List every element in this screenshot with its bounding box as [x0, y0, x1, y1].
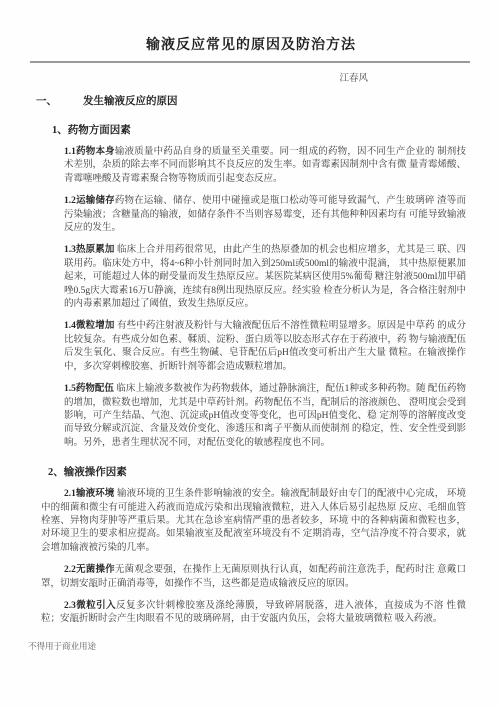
document-page: 输液反应常见的原因及防治方法 江春风 一、发生输液反应的原因 1、药物方面因素 … [0, 0, 500, 707]
paragraph-1-1-text: 输液质量中药品自身的质量至关重要。同一组成的药物，因不同生产企业的 制剂技术差别… [64, 147, 466, 184]
subsection-heading-drug-factors: 1、药物方面因素 [52, 122, 466, 137]
section-drug-factors: 1、药物方面因素 1.1药物本身输液质量中药品自身的质量至关重要。同一组成的药物… [36, 122, 466, 450]
paragraph-1-4-lead: 1.4微粒增加 [64, 321, 115, 331]
paragraph-1-2-lead: 1.2运输储存 [64, 196, 115, 206]
paragraph-1-5-lead: 1.5药物配伍 [64, 384, 114, 394]
paragraph-1-3: 1.3热原累加 临床上合并用药很常见，由此产生的热原叠加的机会也相应增多，尤其是… [64, 244, 466, 311]
paragraph-1-3-text: 临床上合并用药很常见，由此产生的热原叠加的机会也相应增多，尤其是三 联、四联用药… [64, 245, 466, 309]
subsection-heading-operation-factors: 2、输液操作因素 [48, 464, 466, 479]
paragraph-1-4-text: 有些中药注射液及粉针与大输液配伍后不溶性微粒明显增多。原因是中草药 的成分比较复… [64, 321, 466, 371]
paragraph-1-4: 1.4微粒增加 有些中药注射液及粉针与大输液配伍后不溶性微粒明显增多。原因是中草… [64, 320, 466, 374]
page-title: 输液反应常见的原因及防治方法 [36, 34, 466, 54]
paragraph-1-2-text: 药物在运输、储存、使用中碰撞或是瓶口松动等可能导致漏气、产生玻璃碎 渣等而污染输… [64, 196, 466, 233]
paragraph-2-3-lead: 2.3微粒引入 [64, 601, 116, 611]
paragraph-1-1-lead: 1.1药物本身 [64, 147, 115, 157]
paragraph-1-1: 1.1药物本身输液质量中药品自身的质量至关重要。同一组成的药物，因不同生产企业的… [64, 146, 466, 186]
paragraph-1-3-lead: 1.3热原累加 [64, 245, 115, 255]
footer-disclaimer: 不得用于商业用途 [28, 640, 466, 652]
paragraph-2-2: 2.2无菌操作无菌观念要强，在操作上无菌原则执行认真，如配药前注意洗手，配药时注… [41, 564, 466, 591]
paragraph-1-5-text: 临床上输液多数被作为药物载体，通过静脉滴注，配伍1种或多种药物。随 配伍药物的增… [64, 384, 466, 448]
paragraph-2-1-lead: 2.1输液环境 [64, 489, 115, 499]
section-operation-factors: 2、输液操作因素 2.1输液环境 输液环境的卫生条件影响输液的安全。输液配制最好… [36, 464, 466, 627]
section-heading-causes: 一、发生输液反应的原因 [36, 93, 466, 108]
author-name: 江春风 [36, 70, 466, 84]
section-heading-number: 一、 [36, 93, 57, 108]
section-heading-text: 发生输液反应的原因 [83, 96, 178, 107]
paragraph-2-2-lead: 2.2无菌操作 [64, 565, 115, 575]
paragraph-1-5: 1.5药物配伍 临床上输液多数被作为药物载体，通过静脉滴注，配伍1种或多种药物。… [64, 383, 466, 450]
paragraph-2-3: 2.3微粒引入反复多次针刺橡胶塞及涤纶薄膜，导致碎屑脱落，进入液体，直接成为不溶… [41, 600, 466, 627]
title-divider [30, 61, 470, 63]
paragraph-1-2: 1.2运输储存药物在运输、储存、使用中碰撞或是瓶口松动等可能导致漏气、产生玻璃碎… [64, 195, 466, 235]
paragraph-2-1: 2.1输液环境 输液环境的卫生条件影响输液的安全。输液配制最好由专门的配液中心完… [41, 488, 466, 555]
